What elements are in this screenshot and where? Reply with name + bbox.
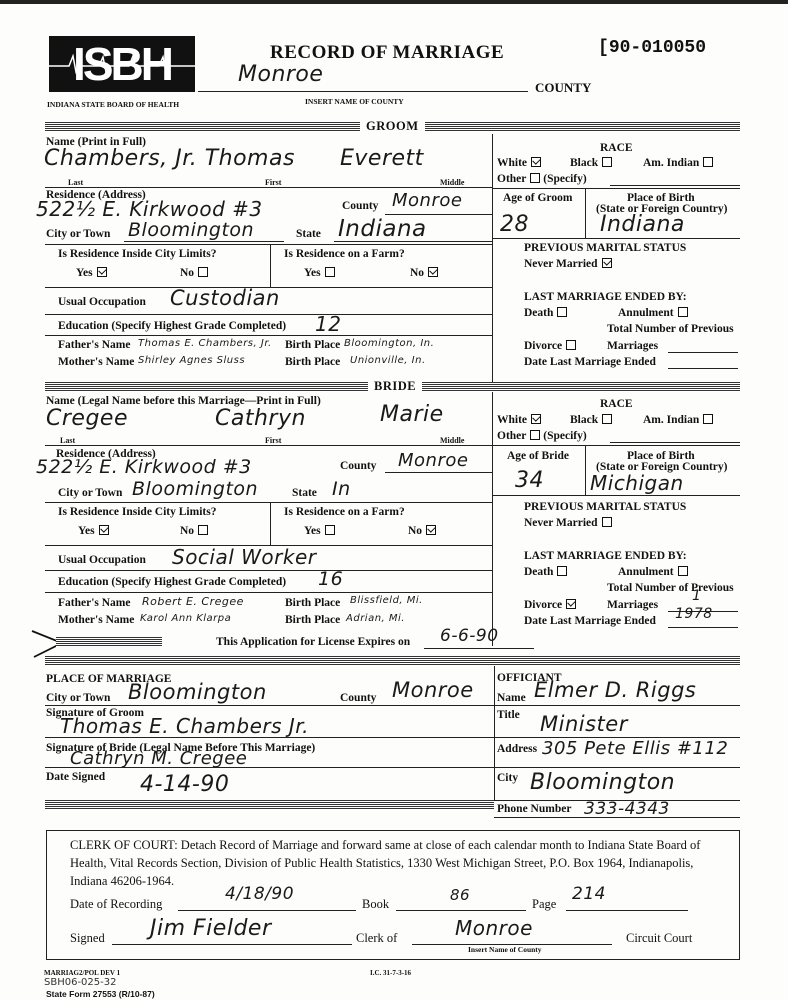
rule — [585, 188, 586, 238]
footer-form-code: MARRIAG2/POL DEV 1 — [44, 969, 120, 977]
groom-race-white[interactable]: White — [497, 157, 541, 169]
header-county-line — [198, 91, 528, 92]
bride-county-value[interactable]: Monroe — [398, 450, 468, 471]
bride-annulment[interactable]: Annulment — [618, 566, 688, 578]
bride-birth-value[interactable]: Michigan — [590, 471, 684, 495]
rule — [112, 944, 352, 945]
rule — [668, 368, 738, 369]
bride-marriages-value[interactable]: 1 — [692, 588, 701, 604]
checkbox-checked[interactable] — [99, 525, 109, 535]
groom-state-value[interactable]: Indiana — [338, 216, 427, 242]
rule — [45, 767, 494, 768]
rule — [494, 666, 495, 800]
groom-father-label: Father's Name — [58, 339, 131, 351]
bride-date-last-ended: Date Last Marriage Ended — [524, 615, 656, 627]
agency-name: INDIANA STATE BOARD OF HEALTH — [47, 100, 179, 109]
groom-death[interactable]: Death — [524, 307, 567, 319]
groom-residence-value[interactable]: 522½ E. Kirkwood #3 — [36, 197, 263, 221]
heartbeat-icon — [49, 54, 195, 74]
groom-age-value[interactable]: 28 — [500, 212, 529, 237]
footer-state-form: State Form 27553 (R/10-87) — [46, 989, 155, 999]
ceremony-bottom-divider — [45, 800, 494, 810]
officiant-city-value[interactable]: Bloomington — [530, 770, 675, 795]
rule — [566, 910, 688, 911]
groom-city-limits-yes[interactable]: Yes — [76, 267, 107, 279]
officiant-address-value[interactable]: 305 Pete Ellis #112 — [542, 738, 728, 759]
bride-occupation-value[interactable]: Social Worker — [172, 545, 317, 569]
groom-farm-yes[interactable]: Yes — [304, 267, 335, 279]
bride-age-value[interactable]: 34 — [515, 468, 544, 493]
clerk-of-hint: Insert Name of County — [468, 945, 542, 954]
bride-residence-value[interactable]: 522½ E. Kirkwood #3 — [36, 456, 252, 478]
rule — [45, 592, 492, 593]
header-county-value[interactable]: Monroe — [238, 62, 323, 87]
clerk-of-value[interactable]: Monroe — [455, 916, 533, 940]
groom-education-value[interactable]: 12 — [315, 312, 341, 336]
clerk-of-label: Clerk of — [356, 931, 397, 946]
rule — [124, 241, 284, 242]
bride-signature-value[interactable]: Cathryn M. Cregee — [70, 748, 247, 769]
groom-mother-label: Mother's Name — [58, 356, 134, 368]
marriage-record-form: ISBH INDIANA STATE BOARD OF HEALTH RECOR… — [0, 0, 788, 1000]
groom-father-birth-value[interactable]: Bloomington, In. — [344, 338, 434, 349]
bride-education-value[interactable]: 16 — [318, 568, 343, 590]
groom-signature-value[interactable]: Thomas E. Chambers Jr. — [60, 714, 309, 738]
groom-city-limits-label: Is Residence Inside City Limits? — [58, 248, 216, 260]
book-value[interactable]: 86 — [450, 886, 470, 904]
checkbox-checked[interactable] — [566, 599, 576, 609]
bride-divorce[interactable]: Divorce — [524, 599, 576, 611]
bride-section-title: BRIDE — [368, 379, 422, 394]
license-expires-label: This Application for License Expires on — [216, 636, 410, 648]
groom-race-amindian[interactable]: Am. Indian — [643, 157, 713, 169]
clerk-instructions: CLERK OF COURT: Detach Record of Marriag… — [70, 836, 720, 890]
officiant-title-value[interactable]: Minister — [540, 712, 628, 736]
bride-mother-birth-value[interactable]: Adrian, Mi. — [346, 613, 405, 624]
rule — [494, 767, 740, 768]
officiant-name-label: Name — [497, 692, 526, 704]
groom-occupation-value[interactable]: Custodian — [170, 286, 280, 310]
groom-age-label: Age of Groom — [503, 192, 572, 204]
bride-sub-last: Last — [60, 436, 75, 445]
bride-education-label: Education (Specify Highest Grade Complet… — [58, 576, 286, 588]
bride-sub-middle: Middle — [440, 436, 464, 445]
rule — [270, 244, 271, 287]
rule — [494, 817, 740, 818]
checkbox-checked[interactable] — [426, 525, 436, 535]
officiant-phone-label: Phone Number — [497, 803, 571, 815]
checkbox[interactable] — [557, 566, 567, 576]
groom-city-label: City or Town — [46, 228, 110, 240]
rule — [45, 570, 492, 571]
recording-label: Date of Recording — [70, 897, 162, 912]
groom-mother-birth-value[interactable]: Unionville, In. — [350, 355, 426, 366]
rule — [385, 472, 492, 473]
groom-sub-last: Last — [68, 178, 83, 187]
checkbox[interactable] — [602, 157, 612, 167]
checkbox-checked[interactable] — [531, 414, 541, 424]
checkbox[interactable] — [530, 430, 540, 440]
groom-county-label: County — [342, 200, 378, 212]
bride-race-amindian[interactable]: Am. Indian — [643, 414, 713, 426]
bride-father-birth-value[interactable]: Blissfield, Mi. — [350, 595, 423, 606]
officiant-phone-value[interactable]: 333-4343 — [584, 799, 670, 819]
header-county-label: COUNTY — [535, 80, 591, 96]
groom-county-value[interactable]: Monroe — [392, 190, 462, 211]
checkbox-checked[interactable] — [428, 267, 438, 277]
groom-race-black[interactable]: Black — [570, 157, 612, 169]
bride-name-last[interactable]: Cregee — [46, 406, 128, 431]
officiant-title-label: Title — [497, 709, 520, 721]
groom-sub-first: First — [265, 178, 281, 187]
groom-divorce[interactable]: Divorce — [524, 340, 576, 352]
groom-name-middle[interactable]: Everett — [340, 146, 424, 171]
bride-father-birth-label: Birth Place — [285, 597, 340, 609]
record-number: [90-010050 — [598, 38, 706, 58]
rule — [45, 335, 492, 336]
bride-race-black[interactable]: Black — [570, 414, 612, 426]
groom-father-birth-label: Birth Place — [285, 339, 340, 351]
rule — [45, 502, 492, 503]
checkbox[interactable] — [325, 267, 335, 277]
header-county-hint: INSERT NAME OF COUNTY — [305, 97, 404, 106]
rule — [585, 445, 586, 495]
date-signed-label: Date Signed — [46, 771, 105, 783]
groom-prev-status-title: PREVIOUS MARITAL STATUS — [524, 242, 686, 254]
date-signed-value[interactable]: 4-14-90 — [140, 772, 229, 797]
checkbox[interactable] — [325, 525, 335, 535]
checkbox[interactable] — [602, 517, 612, 527]
checkbox-checked[interactable] — [97, 267, 107, 277]
rule — [270, 502, 271, 545]
checkbox[interactable] — [198, 267, 208, 277]
bride-race-other[interactable]: Other (Specify) — [497, 430, 587, 442]
checkbox[interactable] — [678, 566, 688, 576]
groom-farm-no[interactable]: No — [410, 267, 438, 279]
rule — [492, 495, 740, 496]
rule — [385, 214, 492, 215]
groom-mother-birth-label: Birth Place — [285, 356, 340, 368]
bride-never-married[interactable]: Never Married — [524, 517, 612, 529]
rule — [45, 445, 492, 446]
bride-city-value[interactable]: Bloomington — [132, 478, 258, 500]
bride-city-limits-no[interactable]: No — [180, 525, 208, 537]
groom-sub-middle: Middle — [440, 178, 464, 187]
page-value[interactable]: 214 — [572, 884, 606, 904]
groom-section-title: GROOM — [360, 119, 425, 134]
book-label: Book — [362, 897, 389, 912]
officiant-address-label: Address — [497, 743, 537, 755]
officiant-name-value[interactable]: Elmer D. Riggs — [534, 678, 696, 702]
groom-name-last-first[interactable]: Chambers, Jr. Thomas — [44, 146, 295, 171]
rule — [610, 185, 740, 186]
rule — [45, 737, 494, 738]
bride-city-limits-label: Is Residence Inside City Limits? — [58, 506, 216, 518]
footer-stamp-code: SBH06-025-32 — [44, 977, 116, 988]
groom-city-limits-no[interactable]: No — [180, 267, 208, 279]
bride-state-label: State — [292, 487, 317, 499]
signed-label: Signed — [70, 931, 105, 946]
bride-occupation-label: Usual Occupation — [58, 554, 146, 566]
checkbox[interactable] — [703, 157, 713, 167]
bride-city-limits-yes[interactable]: Yes — [78, 525, 109, 537]
bride-sub-first: First — [265, 436, 281, 445]
rule — [45, 705, 494, 706]
rule — [492, 238, 740, 239]
groom-mother-value[interactable]: Shirley Agnes Sluss — [138, 355, 245, 366]
license-divider — [56, 637, 162, 647]
bride-age-label: Age of Bride — [507, 450, 569, 462]
rule — [492, 188, 740, 189]
recording-value[interactable]: 4/18/90 — [225, 884, 294, 904]
bride-father-label: Father's Name — [58, 597, 131, 609]
rule — [45, 187, 492, 188]
circuit-court-label: Circuit Court — [626, 931, 692, 946]
rule — [610, 442, 740, 443]
checkbox-checked[interactable] — [531, 157, 541, 167]
groom-city-value[interactable]: Bloomington — [128, 219, 254, 241]
bride-farm-yes[interactable]: Yes — [304, 525, 335, 537]
checkbox[interactable] — [198, 525, 208, 535]
checkbox[interactable] — [530, 173, 540, 183]
place-county-value[interactable]: Monroe — [392, 678, 474, 702]
bride-name-first[interactable]: Cathryn — [215, 406, 306, 431]
groom-last-marriage-title: LAST MARRIAGE ENDED BY: — [524, 291, 687, 303]
checkbox[interactable] — [602, 414, 612, 424]
ceremony-divider — [45, 656, 740, 666]
bride-death[interactable]: Death — [524, 566, 567, 578]
bride-farm-no[interactable]: No — [408, 525, 436, 537]
groom-marriages-label: Marriages — [607, 340, 658, 352]
place-city-label: City or Town — [46, 692, 110, 704]
bride-date-last-ended-value[interactable]: 1978 — [675, 606, 713, 622]
bride-marriages-label: Marriages — [607, 599, 658, 611]
bride-state-value[interactable]: In — [332, 478, 351, 500]
place-city-value[interactable]: Bloomington — [128, 680, 267, 704]
bride-last-marriage-title: LAST MARRIAGE ENDED BY: — [524, 550, 687, 562]
bride-race-title: RACE — [600, 398, 633, 410]
rule — [494, 705, 740, 706]
rule — [334, 241, 492, 242]
rule — [424, 648, 534, 649]
groom-father-value[interactable]: Thomas E. Chambers, Jr. — [138, 338, 272, 349]
rule — [396, 910, 526, 911]
bride-name-middle[interactable]: Marie — [380, 402, 444, 427]
bride-county-label: County — [340, 460, 376, 472]
groom-total-prev: Total Number of Previous — [607, 323, 734, 335]
groom-never-married[interactable]: Never Married — [524, 258, 612, 270]
isbh-logo: ISBH — [49, 36, 195, 92]
bride-prev-status-title: PREVIOUS MARITAL STATUS — [524, 501, 686, 513]
rule — [492, 445, 740, 446]
rule — [668, 352, 738, 353]
page-label: Page — [532, 897, 556, 912]
rule — [178, 910, 356, 911]
rule — [45, 244, 492, 245]
groom-state-label: State — [296, 228, 321, 240]
signed-value[interactable]: Jim Fielder — [150, 916, 271, 941]
bride-farm-label: Is Residence on a Farm? — [284, 506, 405, 518]
bride-total-prev: Total Number of Previous — [607, 582, 734, 594]
bride-mother-label: Mother's Name — [58, 614, 134, 626]
checkbox-checked[interactable] — [602, 258, 612, 268]
rule — [45, 314, 492, 315]
groom-race-other[interactable]: Other (Specify) — [497, 173, 587, 185]
groom-date-last-ended: Date Last Marriage Ended — [524, 356, 656, 368]
place-county-label: County — [340, 692, 376, 704]
bride-city-label: City or Town — [58, 487, 122, 499]
groom-occupation-label: Usual Occupation — [58, 296, 146, 308]
groom-education-label: Education (Specify Highest Grade Complet… — [58, 320, 286, 332]
bride-mother-value[interactable]: Karol Ann Klarpa — [140, 613, 231, 624]
groom-race-title: RACE — [600, 142, 633, 154]
checkbox[interactable] — [557, 307, 567, 317]
footer-ic-code: I.C. 31-7-3-16 — [370, 969, 411, 977]
officiant-city-label: City — [497, 772, 518, 784]
groom-farm-label: Is Residence on a Farm? — [284, 248, 405, 260]
checkbox[interactable] — [566, 340, 576, 350]
bride-father-value[interactable]: Robert E. Cregee — [142, 595, 244, 608]
bride-mother-birth-label: Birth Place — [285, 614, 340, 626]
bride-race-white[interactable]: White — [497, 414, 541, 426]
rule — [668, 627, 738, 628]
groom-annulment[interactable]: Annulment — [618, 307, 688, 319]
groom-birth-value[interactable]: Indiana — [600, 212, 685, 237]
checkbox[interactable] — [678, 307, 688, 317]
form-title: RECORD OF MARRIAGE — [270, 42, 504, 64]
checkbox[interactable] — [703, 414, 713, 424]
license-expires-value[interactable]: 6-6-90 — [440, 626, 499, 646]
